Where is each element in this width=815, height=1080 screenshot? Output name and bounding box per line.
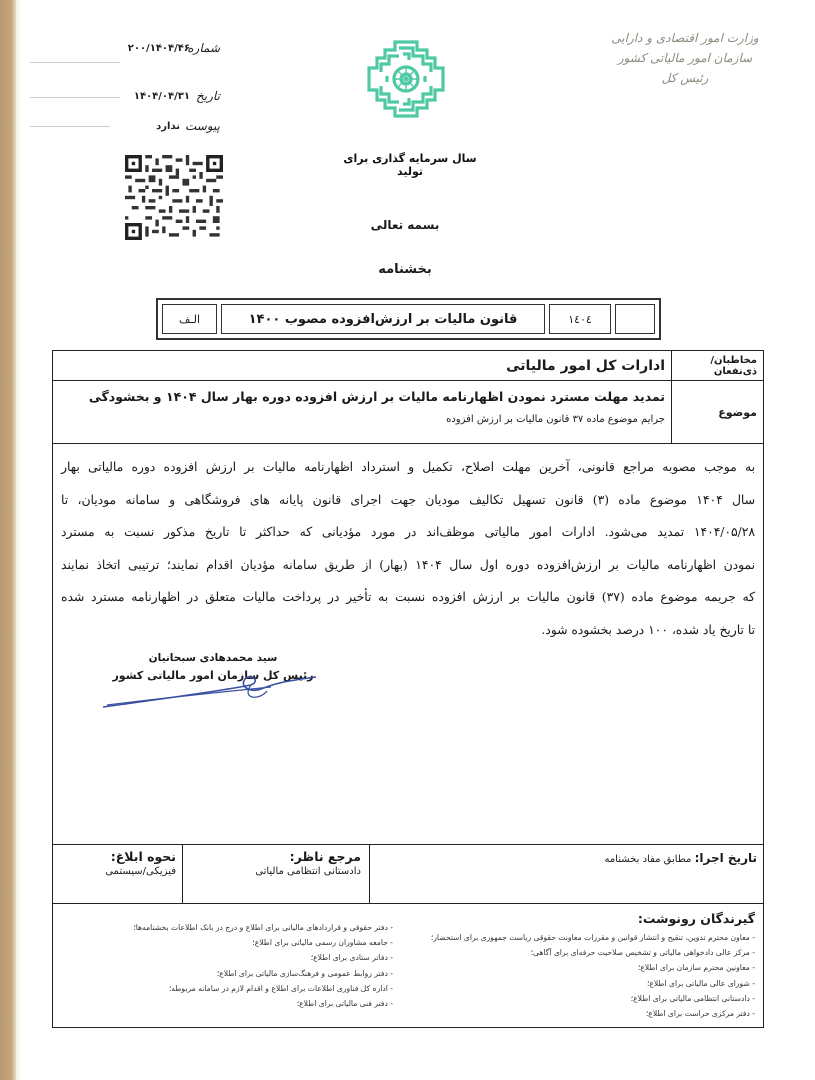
body-line: به موجب مصوبه مراجع قانونی، آخرین مهلت ا…: [61, 451, 755, 484]
document-type-heading: بخشنامه: [330, 262, 480, 277]
notification-method-label: نحوه ابلاغ:: [61, 849, 176, 865]
cc-item: - دفتر مرکزی حراست برای اطلاع؛: [395, 1006, 755, 1021]
ministry-header: وزارت امور اقتصادی و دارایی سازمان امور …: [585, 28, 785, 88]
law-number-cell: [615, 304, 655, 334]
cc-item: - معاونین محترم سازمان برای اطلاع؛: [395, 960, 755, 975]
signer-name: سید محمدهادی سبحانیان: [93, 649, 333, 667]
year-slogan: سال سرمایه گذاری برای تولید: [330, 152, 490, 178]
body-line: ۱۴۰۴/۰۵/۲۸ تمدید می‌شود. ادارات امور مال…: [61, 516, 755, 549]
supervisor-value: دادستانی انتظامی مالیاتی: [191, 865, 361, 879]
cc-item: - شورای عالی مالیاتی برای اطلاع؛: [395, 976, 755, 991]
attachment-value: ندارد: [156, 121, 180, 132]
cc-item: - دفتر روابط عمومی و فرهنگ‌سازی مالیاتی …: [63, 966, 393, 981]
number-label: شماره: [196, 41, 220, 55]
attachment-dotted-line: [30, 126, 110, 127]
attachment-label: پیوست: [186, 119, 220, 133]
body-line: سال ۱۴۰۴ موضوع ماده (۳) قانون تسهیل تکال…: [61, 484, 755, 517]
circular-main-table: مخاطبان/ذی‌نفعان ادارات کل امور مالیاتی …: [52, 350, 764, 1028]
cc-item: - دفتر فنی مالیاتی برای اطلاع؛: [63, 996, 393, 1011]
notification-method-value: فیزیکی/سیستمی: [61, 865, 176, 879]
number-value: ۲۰۰/۱۴۰۴/۴۶: [128, 43, 190, 54]
letter-number-row: شماره ۲۰۰/۱۴۰۴/۴۶: [100, 40, 220, 56]
execution-date-value: مطابق مفاد بخشنامه: [604, 854, 691, 865]
cc-item: - معاون محترم تدوین، تنقیح و انتشار قوان…: [395, 930, 755, 945]
execution-row: تاریخ اجرا: مطابق مفاد بخشنامه مرجع ناظر…: [53, 844, 763, 904]
letter-date-row: تاریخ ۱۴۰۴/۰۴/۳۱: [100, 88, 220, 104]
law-year-cell: ۱٤۰٤: [549, 304, 611, 334]
basmala-heading: بسمه تعالی: [330, 218, 480, 232]
date-dotted-line: [30, 97, 120, 98]
cc-item: - اداره کل فناوری اطلاعات برای اطلاع و ا…: [63, 981, 393, 996]
date-value: ۱۴۰۴/۰۴/۳۱: [134, 91, 190, 102]
date-label: تاریخ: [196, 89, 220, 103]
law-reference-box: الـف قانون مالیات بر ارزش‌افزوده مصوب ۱۴…: [156, 298, 661, 340]
addressee-label: مخاطبان/ذی‌نفعان: [671, 351, 763, 380]
circular-body-text: به موجب مصوبه مراجع قانونی، آخرین مهلت ا…: [61, 451, 755, 646]
execution-date-cell: تاریخ اجرا: مطابق مفاد بخشنامه: [370, 845, 763, 903]
subject-row: موضوع تمدید مهلت مسترد نمودن اظهارنامه م…: [53, 381, 763, 444]
cc-item: - دادستانی انتظامی مالیاتی برای اطلاع؛: [395, 991, 755, 1006]
ministry-line: سازمان امور مالیاتی کشور: [585, 48, 785, 68]
subject-line-2: جرایم موضوع ماده ۳۷ قانون مالیات بر ارزش…: [53, 407, 665, 433]
number-dotted-line: [30, 62, 120, 63]
tax-organization-logo-icon: [365, 38, 447, 120]
supervisor-label: مرجع ناظر:: [191, 849, 361, 865]
attachment-row: پیوست ندارد: [100, 118, 220, 134]
body-line: که جریمه موضوع ماده (۳۷) قانون مالیات بر…: [61, 581, 755, 614]
cc-list-left: - دفتر حقوقی و قراردادهای مالیاتی برای ا…: [63, 920, 393, 1011]
cc-item: - دفتر حقوقی و قراردادهای مالیاتی برای ا…: [63, 920, 393, 935]
carbon-copy-section: گیرندگان رونوشت: - معاون محترم تدوین، تن…: [53, 904, 763, 1027]
cc-item: - جامعه مشاوران رسمی مالیاتی برای اطلاع؛: [63, 935, 393, 950]
subject-value: تمدید مهلت مسترد نمودن اظهارنامه مالیات …: [53, 381, 671, 443]
cc-list-right: - معاون محترم تدوین، تنقیح و انتشار قوان…: [395, 930, 755, 1021]
subject-line-1: تمدید مهلت مسترد نمودن اظهارنامه مالیات …: [53, 387, 665, 407]
page-binding-edge: [0, 0, 16, 1080]
supervisor-cell: مرجع ناظر: دادستانی انتظامی مالیاتی: [182, 845, 370, 903]
ministry-line: رئیس کل: [585, 68, 785, 88]
signature-icon: [101, 671, 321, 711]
subject-label: موضوع: [671, 381, 763, 443]
execution-date-label: تاریخ اجرا:: [695, 851, 757, 865]
qr-code-icon[interactable]: [125, 155, 223, 240]
law-series-cell: الـف: [162, 304, 217, 334]
ministry-line: وزارت امور اقتصادی و دارایی: [585, 28, 785, 48]
body-line: نمودن اظهارنامه مالیات بر ارزش‌افزوده دو…: [61, 549, 755, 582]
body-line: تا تاریخ یاد شده، ۱۰۰ درصد بخشوده شود.: [61, 614, 755, 647]
cc-item: - دفاتر ستادی برای اطلاع؛: [63, 950, 393, 965]
cc-item: - مرکز عالی دادخواهی مالیاتی و تشخیص صلا…: [395, 945, 755, 960]
law-title-cell: قانون مالیات بر ارزش‌افزوده مصوب ۱۴۰۰: [221, 304, 545, 334]
addressee-row: مخاطبان/ذی‌نفعان ادارات کل امور مالیاتی: [53, 351, 763, 381]
notification-method-cell: نحوه ابلاغ: فیزیکی/سیستمی: [53, 845, 184, 903]
addressee-value: ادارات کل امور مالیاتی: [53, 351, 671, 380]
